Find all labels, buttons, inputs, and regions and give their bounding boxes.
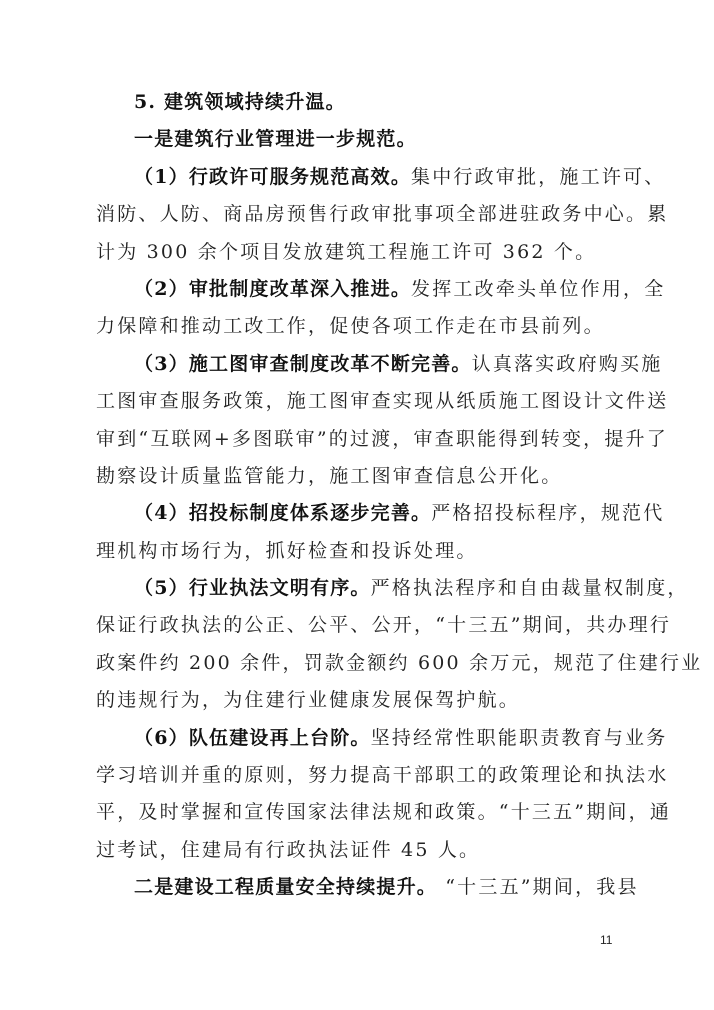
paragraph-text: 力保障和推动工改工作，促使各项工作走在市县前列。: [96, 315, 605, 337]
paragraph-text: 发挥工改牵头单位作用，全: [411, 278, 665, 300]
item-title: （3）施工图审查制度改革不断完善。: [134, 353, 472, 375]
paragraph-text: 坚持经常性职能职责教育与业务: [371, 727, 668, 749]
paragraph-line: 学习培训并重的原则，努力提高干部职工的政策理论和执法水: [96, 757, 620, 794]
paragraph-text: 严格招投标程序，规范代: [431, 502, 664, 524]
document-page: 5. 建筑领域持续升温。 一是建筑行业管理进一步规范。 （1）行政许可服务规范高…: [0, 0, 714, 1010]
paragraph-text: 严格执法程序和自由裁量权制度，: [371, 577, 689, 599]
page-number: 11: [600, 933, 612, 947]
paragraph-text: 勘察设计质量监管能力，施工图审查信息公开化。: [96, 465, 562, 487]
subsection-heading: 一是建筑行业管理进一步规范。: [96, 121, 620, 158]
item-title: （4）招投标制度体系逐步完善。: [134, 502, 431, 524]
paragraph-line: 保证行政执法的公正、公平、公开，“十三五”期间，共办理行: [96, 607, 620, 644]
item-title: （5）行业执法文明有序。: [134, 577, 371, 599]
paragraph-line: （5）行业执法文明有序。严格执法程序和自由裁量权制度，: [96, 570, 620, 607]
paragraph-text: 平，及时掌握和宣传国家法律法规和政策。“十三五”期间，通: [96, 801, 671, 823]
paragraph-line: 消防、人防、商品房预售行政审批事项全部进驻政务中心。累: [96, 196, 620, 233]
paragraph-line: （2）审批制度改革深入推进。发挥工改牵头单位作用，全: [96, 271, 620, 308]
paragraph-line: 平，及时掌握和宣传国家法律法规和政策。“十三五”期间，通: [96, 794, 620, 831]
item-title: （1）行政许可服务规范高效。: [134, 166, 411, 188]
paragraph-text: 学习培训并重的原则，努力提高干部职工的政策理论和执法水: [96, 764, 668, 786]
paragraph-line: 审到“互联网+多图联审”的过渡，审查职能得到转变，提升了: [96, 421, 620, 458]
paragraph-line: （4）招投标制度体系逐步完善。严格招投标程序，规范代: [96, 495, 620, 532]
paragraph-text: 审到“互联网+多图联审”的过渡，审查职能得到转变，提升了: [96, 428, 668, 450]
paragraph-text: 工图审查服务政策，施工图审查实现从纸质施工图设计文件送: [96, 390, 668, 412]
paragraph-text: 理机构市场行为，抓好检查和投诉处理。: [96, 540, 478, 562]
paragraph-line: 计为 300 余个项目发放建筑工程施工许可 362 个。: [96, 234, 620, 271]
paragraph-text: 保证行政执法的公正、公平、公开，“十三五”期间，共办理行: [96, 614, 671, 636]
item-title: （2）审批制度改革深入推进。: [134, 278, 411, 300]
subsection-heading-text: 二是建设工程质量安全持续提升。: [134, 876, 437, 898]
paragraph-line: 工图审查服务政策，施工图审查实现从纸质施工图设计文件送: [96, 383, 620, 420]
paragraph-line: 的违规行为，为住建行业健康发展保驾护航。: [96, 682, 620, 719]
paragraph-line: 过考试，住建局有行政执法证件 45 人。: [96, 832, 620, 869]
heading-text: 5. 建筑领域持续升温。: [134, 91, 346, 113]
paragraph-text: “十三五”期间，我县: [437, 876, 639, 898]
paragraph-text: 认真落实政府购买施: [472, 353, 663, 375]
section-heading: 5. 建筑领域持续升温。: [96, 84, 620, 121]
paragraph-line: 理机构市场行为，抓好检查和投诉处理。: [96, 533, 620, 570]
paragraph-text: 政案件约 200 余件，罚款金额约 600 余万元，规范了住建行业: [96, 652, 702, 674]
document-body: 5. 建筑领域持续升温。 一是建筑行业管理进一步规范。 （1）行政许可服务规范高…: [96, 84, 620, 907]
paragraph-text: 计为 300 余个项目发放建筑工程施工许可 362 个。: [96, 241, 596, 263]
paragraph-text: 过考试，住建局有行政执法证件 45 人。: [96, 839, 480, 861]
item-title: （6）队伍建设再上台阶。: [134, 727, 371, 749]
paragraph-line: 政案件约 200 余件，罚款金额约 600 余万元，规范了住建行业: [96, 645, 620, 682]
paragraph-line: （1）行政许可服务规范高效。集中行政审批，施工许可、: [96, 159, 620, 196]
paragraph-line: 力保障和推动工改工作，促使各项工作走在市县前列。: [96, 308, 620, 345]
paragraph-line: （6）队伍建设再上台阶。坚持经常性职能职责教育与业务: [96, 720, 620, 757]
paragraph-text: 的违规行为，为住建行业健康发展保驾护航。: [96, 689, 520, 711]
heading-text: 一是建筑行业管理进一步规范。: [134, 128, 417, 150]
paragraph-line: 二是建设工程质量安全持续提升。 “十三五”期间，我县: [96, 869, 620, 906]
paragraph-text: 集中行政审批，施工许可、: [411, 166, 665, 188]
paragraph-line: （3）施工图审查制度改革不断完善。认真落实政府购买施: [96, 346, 620, 383]
paragraph-line: 勘察设计质量监管能力，施工图审查信息公开化。: [96, 458, 620, 495]
paragraph-text: 消防、人防、商品房预售行政审批事项全部进驻政务中心。累: [96, 203, 668, 225]
